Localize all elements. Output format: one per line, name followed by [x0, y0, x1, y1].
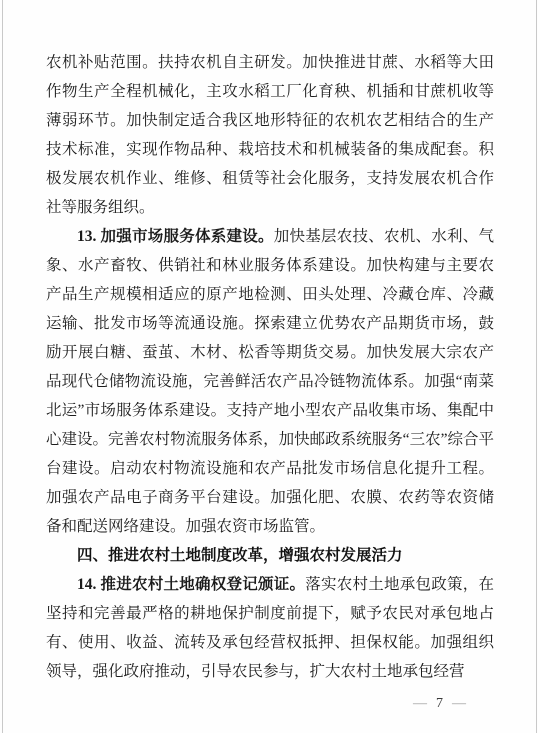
page-edge-left [2, 0, 3, 733]
paragraph-item-14: 14. 推进农村土地确权登记颁证。落实农村土地承包政策，在坚持和完善最严格的耕地… [46, 570, 494, 686]
item-13-lead: 13. 加强市场服务体系建设。 [77, 228, 274, 245]
document-body: 农机补贴范围。扶持农机自主研发。加快推进甘蔗、水稻等大田作物生产全程机械化，主攻… [46, 48, 494, 686]
page-number-dash-left: — [413, 696, 427, 712]
item-14-lead: 14. 推进农村土地确权登记颁证。 [77, 576, 305, 593]
page-number: — 7 — [413, 696, 466, 712]
page-edge-right [536, 0, 537, 733]
paragraph-continuation: 农机补贴范围。扶持农机自主研发。加快推进甘蔗、水稻等大田作物生产全程机械化，主攻… [46, 48, 494, 222]
page-number-dash-right: — [452, 696, 466, 712]
document-page: 农机补贴范围。扶持农机自主研发。加快推进甘蔗、水稻等大田作物生产全程机械化，主攻… [0, 0, 538, 733]
paragraph-item-13: 13. 加强市场服务体系建设。加快基层农技、农机、水利、气象、水产畜牧、供销社和… [46, 222, 494, 541]
page-number-value: 7 [436, 696, 443, 712]
section-heading-4: 四、推进农村土地制度改革，增强农村发展活力 [46, 541, 494, 570]
item-13-body: 加快基层农技、农机、水利、气象、水产畜牧、供销社和林业服务体系建设。加快构建与主… [46, 228, 494, 535]
